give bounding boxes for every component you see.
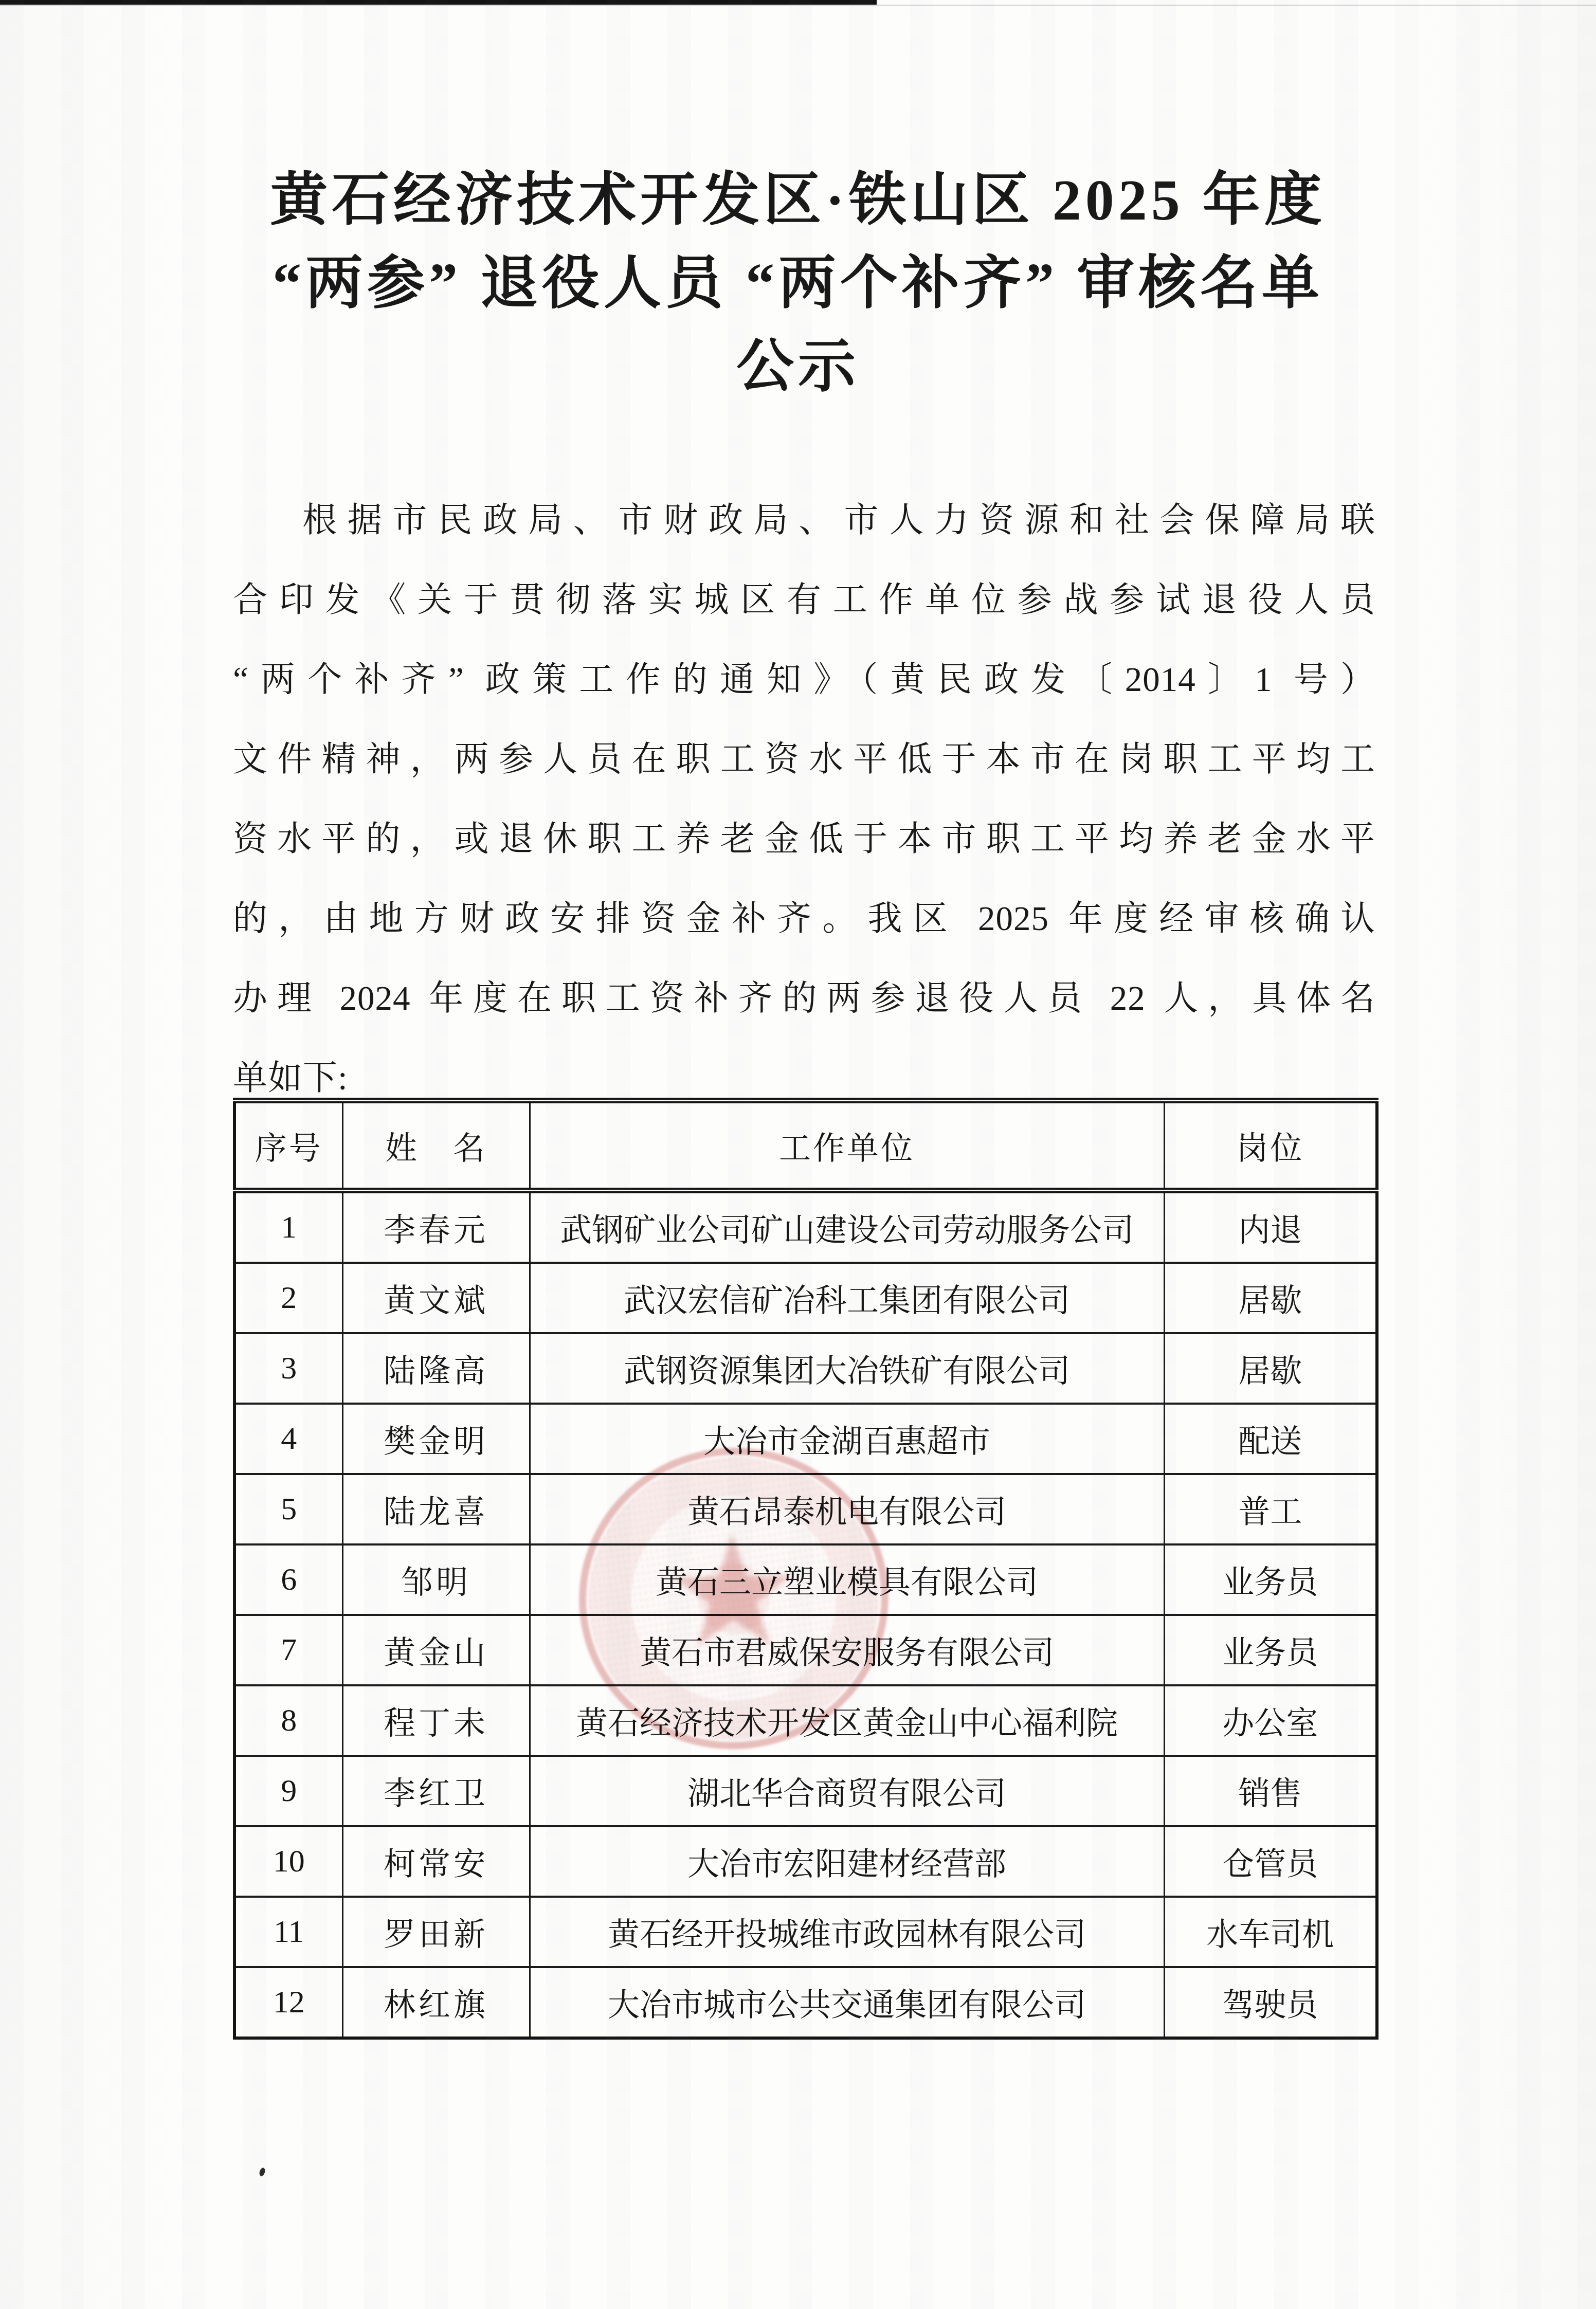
seal-star-icon: ★	[662, 1514, 803, 1671]
cell-index: 8	[234, 1685, 342, 1756]
cell-name: 李春元	[342, 1191, 530, 1263]
cell-name: 黄金山	[342, 1615, 530, 1685]
cell-index: 6	[234, 1544, 342, 1615]
header-cell-post: 岗位	[1164, 1101, 1377, 1191]
cell-index: 1	[234, 1191, 342, 1263]
table-header-row: 序号 姓 名 工作单位 岗位	[234, 1101, 1377, 1191]
cell-name: 李红卫	[342, 1756, 530, 1826]
cell-post: 驾驶员	[1164, 1967, 1377, 2038]
table-row: 11 罗田新 黄石经开投城维市政园林有限公司 水车司机	[234, 1897, 1377, 1967]
cell-name: 陆隆高	[342, 1333, 530, 1404]
paragraph-line: 资水平的，或退休职工养老金低于本市职工平均养老金水平	[233, 799, 1375, 879]
cell-unit: 黄石经开投城维市政园林有限公司	[530, 1897, 1164, 1967]
cell-unit: 大冶市城市公共交通集团有限公司	[530, 1967, 1164, 2038]
table-row: 2 黄文斌 武汉宏信矿冶科工集团有限公司 居歇	[234, 1263, 1377, 1333]
cell-unit: 武钢矿业公司矿山建设公司劳动服务公司	[530, 1191, 1164, 1263]
header-cell-name: 姓 名	[342, 1101, 530, 1191]
cell-name: 黄文斌	[342, 1263, 530, 1333]
cell-unit: 武钢资源集团大冶铁矿有限公司	[530, 1333, 1164, 1404]
cell-name: 林红旗	[342, 1967, 530, 2038]
cell-unit: 大冶市金湖百惠超市	[530, 1404, 1164, 1474]
notice-body-paragraph: 根据市民政局、市财政局、市人力资源和社会保障局联 合印发《关于贯彻落实城区有工作…	[233, 481, 1375, 1118]
table-row: 12 林红旗 大冶市城市公共交通集团有限公司 驾驶员	[234, 1967, 1377, 2038]
cell-index: 7	[234, 1615, 342, 1685]
cell-post: 仓管员	[1164, 1826, 1377, 1897]
cell-post: 业务员	[1164, 1615, 1377, 1685]
scanned-notice-page: 黄石经济技术开发区·铁山区 2025 年度 “两参” 退役人员 “两个补齐” 审…	[0, 0, 1596, 2309]
cell-post: 内退	[1164, 1191, 1377, 1263]
table-row: 4 樊金明 大冶市金湖百惠超市 配送	[234, 1404, 1377, 1474]
cell-index: 5	[234, 1474, 342, 1544]
page-title: 黄石经济技术开发区·铁山区 2025 年度 “两参” 退役人员 “两个补齐” 审…	[113, 159, 1483, 409]
cell-post: 业务员	[1164, 1544, 1377, 1615]
cell-post: 水车司机	[1164, 1897, 1377, 1967]
cell-index: 10	[234, 1826, 342, 1897]
paragraph-line: 文件精神，两参人员在职工资水平低于本市在岗职工平均工	[233, 720, 1375, 799]
paragraph-line: 根据市民政局、市财政局、市人力资源和社会保障局联	[233, 481, 1375, 560]
cell-post: 办公室	[1164, 1685, 1377, 1756]
paragraph-line: 的，由地方财政安排资金补齐。我区 2025 年度经审核确认	[233, 879, 1375, 959]
cell-index: 4	[234, 1404, 342, 1474]
cell-unit: 武汉宏信矿冶科工集团有限公司	[530, 1263, 1164, 1333]
cell-name: 邹明	[342, 1544, 530, 1615]
cell-unit: 大冶市宏阳建材经营部	[530, 1826, 1164, 1897]
header-cell-unit: 工作单位	[530, 1101, 1164, 1191]
cell-index: 12	[234, 1967, 342, 2038]
table-row: 9 李红卫 湖北华合商贸有限公司 销售	[234, 1756, 1377, 1826]
scan-artifact-ink-dot	[259, 2167, 266, 2177]
table-row: 1 李春元 武钢矿业公司矿山建设公司劳动服务公司 内退	[234, 1191, 1377, 1263]
title-line-1: 黄石经济技术开发区·铁山区 2025 年度	[113, 159, 1483, 242]
scan-artifact-top-line	[0, 5, 1596, 6]
cell-post: 居歇	[1164, 1263, 1377, 1333]
cell-name: 罗田新	[342, 1897, 530, 1967]
table-row: 3 陆隆高 武钢资源集团大冶铁矿有限公司 居歇	[234, 1333, 1377, 1404]
cell-post: 居歇	[1164, 1333, 1377, 1404]
cell-name: 程丁未	[342, 1685, 530, 1756]
cell-post: 普工	[1164, 1474, 1377, 1544]
cell-index: 11	[234, 1897, 342, 1967]
cell-index: 3	[234, 1333, 342, 1404]
table-row: 10 柯常安 大冶市宏阳建材经营部 仓管员	[234, 1826, 1377, 1897]
cell-post: 配送	[1164, 1404, 1377, 1474]
cell-index: 9	[234, 1756, 342, 1826]
title-line-3: 公示	[113, 325, 1483, 409]
cell-name: 柯常安	[342, 1826, 530, 1897]
cell-name: 樊金明	[342, 1404, 530, 1474]
paragraph-line: 办理 2024 年度在职工资补齐的两参退役人员 22 人，具体名	[233, 959, 1375, 1039]
scan-artifact-top-bar	[0, 0, 877, 5]
header-cell-index: 序号	[234, 1101, 342, 1191]
cell-post: 销售	[1164, 1756, 1377, 1826]
paragraph-line: “两个补齐” 政策工作的通知》（黄民政发〔2014〕1 号）	[233, 640, 1375, 720]
paragraph-line: 合印发《关于贯彻落实城区有工作单位参战参试退役人员	[233, 560, 1375, 640]
cell-name: 陆龙喜	[342, 1474, 530, 1544]
title-line-2: “两参” 退役人员 “两个补齐” 审核名单	[113, 242, 1483, 325]
cell-index: 2	[234, 1263, 342, 1333]
cell-unit: 湖北华合商贸有限公司	[530, 1756, 1164, 1826]
